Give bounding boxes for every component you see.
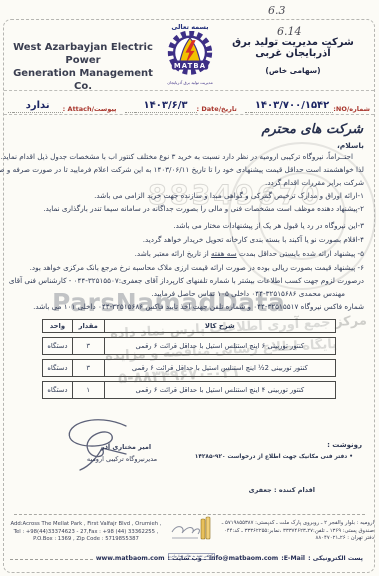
cc-label: رونوشت : bbox=[327, 441, 362, 449]
condition-item-5-suffix: از تاریخ ارائه معتبر باشد. bbox=[135, 249, 211, 258]
header-cell-quantity: مقدار bbox=[72, 320, 104, 332]
condition-item-5-prefix: ۵- پیشنهاد ارائه شده بایستی حداقل بمدت bbox=[237, 249, 364, 258]
dotted-rule bbox=[245, 103, 251, 113]
website-label: ـ وب سایت : bbox=[168, 555, 206, 562]
letter-salutation-title: شرکت های محترم bbox=[261, 122, 363, 137]
address-english-line3: P.O.Box : 1369 , Zip Code : 5719855387 bbox=[10, 536, 162, 544]
goods-table: شرح کالا مقدار واحد کنتور توربینی ۶ اینچ… bbox=[42, 319, 336, 399]
cc-item: • دفتر فنی مکانیک جهت اطلاع از درخواست ۹… bbox=[195, 454, 353, 460]
cell-quantity: ۳ bbox=[72, 338, 104, 354]
meta-fields-row: شماره/NO: ۱۴۰۳/۷۰۰/۱۵۴۲ تاریخ/Date : ۱۴۰… bbox=[8, 93, 370, 113]
cell-unit: دستگاه bbox=[43, 382, 72, 398]
bismillah-text: بسمه تعالی bbox=[159, 23, 221, 31]
email-web-row: پست الکترونیکی : E-Mail: info@matbaom.co… bbox=[10, 555, 363, 562]
company-logo-block: بسمه تعالی MATBA مدیریت تولید برق آذربای… bbox=[159, 23, 221, 85]
svg-text:MATBA: MATBA bbox=[174, 62, 206, 70]
company-name-english-block: West Azarbayjan Electric Power Generatio… bbox=[8, 41, 158, 93]
condition-item-2: ۲-پیشنهاد دهنده موظف است مشخصات فنی و ما… bbox=[43, 204, 364, 213]
condition-item-6: ۶- پیشنهاد قیمت بصورت ریالی بوده در صورت… bbox=[30, 263, 364, 272]
company-type-persian: (سهامی خاص) bbox=[217, 66, 369, 75]
address-persian-block: ارومیه : بلوار والفجر ۲ ـ روبروی پارک مل… bbox=[216, 520, 374, 543]
footer-separator bbox=[14, 514, 365, 515]
address-english-block: Add:Across The Mellat Park , First Valfa… bbox=[10, 521, 162, 544]
condition-item-1: ۱-ارائه اوراق و مدارک ترخیص گمرکی و گواه… bbox=[94, 191, 364, 200]
email-address: info@matbaom.com bbox=[209, 555, 278, 562]
cell-quantity: ۱ bbox=[72, 382, 104, 398]
address-english-line1: Add:Across The Mellat Park , First Valfa… bbox=[10, 521, 162, 529]
attach-label: پیوست/Attach : bbox=[63, 105, 117, 113]
matba-logo-icon: MATBA bbox=[162, 31, 218, 81]
paragraph-line-3: شرکت برابر مقررات اقدام گردد. bbox=[265, 178, 364, 187]
condition-item-4: ۴-اقلام بصورت نو یا آکبند با بسته بندی ک… bbox=[143, 235, 364, 244]
company-name-english-line1: West Azarbayjan Electric Power bbox=[8, 41, 158, 67]
date-label: تاریخ/Date : bbox=[197, 105, 237, 113]
company-name-persian-block: شرکت مدیریت تولید برق آذربایجان غربی (سه… bbox=[217, 37, 369, 75]
condition-item-5: ۵- پیشنهاد ارائه شده بایستی حداقل بمدت س… bbox=[135, 249, 364, 258]
cell-unit: دستگاه bbox=[43, 338, 72, 354]
cell-description: کنتور توربینی 2½ اینچ استنلس استیل با حد… bbox=[104, 360, 335, 376]
header-cell-description: شرح کالا bbox=[104, 320, 335, 332]
handwritten-note-top: 6.3 bbox=[268, 4, 286, 17]
signatory-title: مدیرنیروگاه ترکیبی ارومیه bbox=[76, 455, 168, 463]
condition-item-5-underlined: سه هفته bbox=[211, 249, 237, 258]
cell-description: کنتور توربینی ۴ اینچ استنلس استیل با حدا… bbox=[104, 382, 335, 398]
contact-line-3: شماره فاکس نیروگاه ۳۲۵۱۵۵۱۷-۰۴۴ و شماره … bbox=[33, 302, 364, 311]
website-url: www.matbaom.com bbox=[96, 555, 165, 562]
contact-line-2: مهندس محمدی ۳۲۵۱۵۶۸۶-۰۴۴ داخلی ۱۰۵ تماس … bbox=[151, 289, 345, 298]
address-persian-line3: دفتر تهران : ۲۶ـ۸۸۰۴۷۰۲۱ bbox=[216, 535, 374, 543]
number-value: ۱۴۰۳/۷۰۰/۱۵۴۲ bbox=[251, 100, 333, 113]
paragraph-line-2: لذا خواهشمند است حداقل قیمت پیشنهادی خود… bbox=[0, 165, 364, 174]
email-label-english: E-Mail: bbox=[281, 555, 305, 562]
signatory-name: امیر مختاری آذر bbox=[94, 443, 158, 451]
paragraph-line-1: احتــراماً، نیروگاه ترکیبی ارومیه در نظر… bbox=[1, 152, 353, 161]
address-persian-line2: صندوق پستی: ۱۳۶۹ ـ تلفن:۲۷ـ۳۳۳۷۴۶۲۳ ،نما… bbox=[216, 528, 374, 536]
certification-stamp-icon bbox=[170, 516, 212, 542]
date-value: ۱۴۰۳/۶/۳ bbox=[135, 100, 197, 113]
cc-actor: اقدام کننده : جعفری bbox=[249, 486, 315, 494]
table-header-row: شرح کالا مقدار واحد bbox=[42, 319, 336, 333]
cell-quantity: ۳ bbox=[72, 360, 104, 376]
logo-subtitle-text: مدیریت تولید برق آذربایجان bbox=[159, 80, 221, 85]
dotted-rule bbox=[8, 103, 13, 113]
scanned-letter-page: 6.3 6.14 شرکت مدیریت تولید برق آذربایجان… bbox=[0, 0, 379, 576]
meta-separator-top bbox=[4, 90, 374, 91]
contact-line-1: درصورت لزوم جهت کسب اطلاعات بیشتر با شما… bbox=[9, 276, 364, 285]
table-row: کنتور توربینی ۶ اینچ استنلس استیل با حدا… bbox=[42, 337, 336, 355]
condition-item-3: ۳-این نیروگاه در رد یا قبول هر یک از پیش… bbox=[173, 221, 364, 230]
table-row: کنتور توربینی 2½ اینچ استنلس استیل با حد… bbox=[42, 359, 336, 377]
company-name-persian: شرکت مدیریت تولید برق آذربایجان غربی bbox=[217, 37, 369, 59]
header-cell-unit: واحد bbox=[43, 320, 72, 332]
address-english-line2: Tel : +98(44)33374623 - 27,Fax : +98 (44… bbox=[10, 529, 162, 537]
number-label: شماره/NO: bbox=[333, 105, 370, 113]
dotted-rule bbox=[125, 103, 135, 113]
dashed-rule bbox=[10, 559, 93, 560]
address-persian-line1: ارومیه : بلوار والفجر ۲ ـ روبروی پارک مل… bbox=[216, 520, 374, 528]
greeting-text: باسلام، bbox=[337, 141, 364, 150]
attach-value: ندارد bbox=[13, 100, 63, 113]
table-row: کنتور توربینی ۴ اینچ استنلس استیل با حدا… bbox=[42, 381, 336, 399]
email-label-persian: پست الکترونیکی : bbox=[308, 555, 363, 562]
cell-description: کنتور توربینی ۶ اینچ استنلس استیل با حدا… bbox=[104, 338, 335, 354]
cell-unit: دستگاه bbox=[43, 360, 72, 376]
meta-separator-bottom bbox=[4, 114, 374, 115]
